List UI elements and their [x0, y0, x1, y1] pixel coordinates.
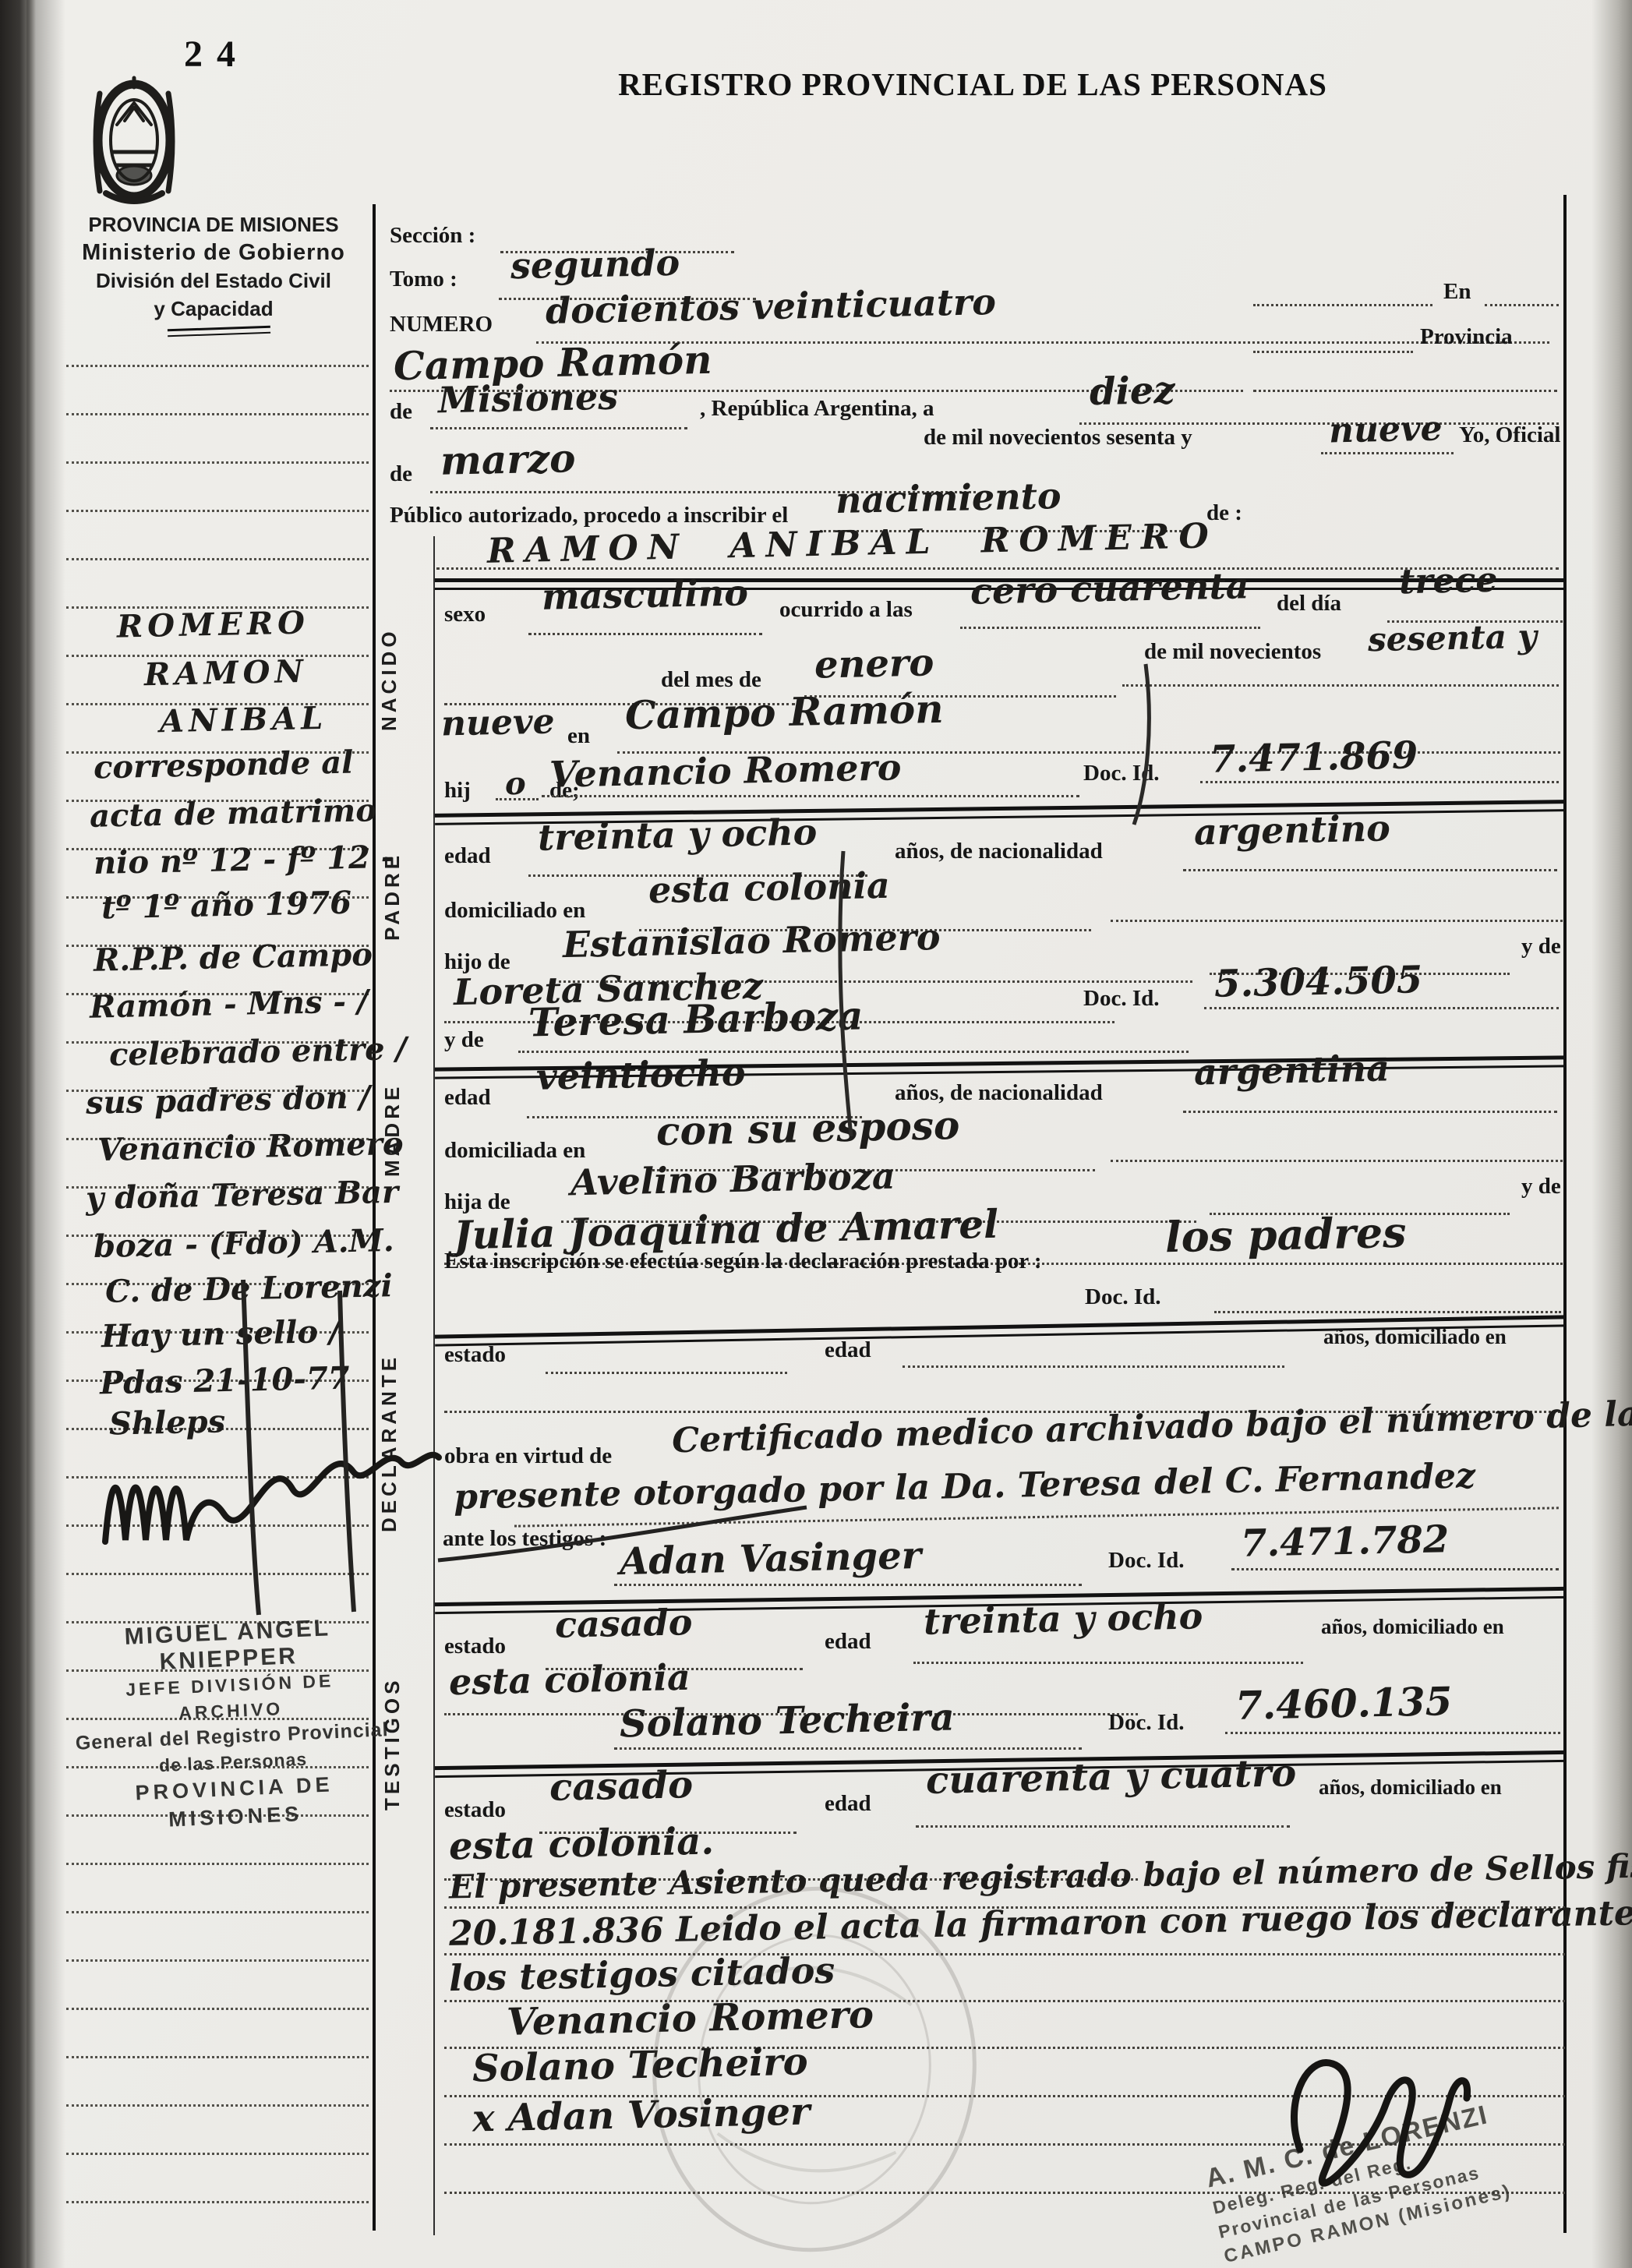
- margin-note-line: RAMON: [144, 653, 309, 693]
- sidebar-ruled-line: [66, 2008, 369, 2010]
- day-value: diez: [1089, 369, 1175, 414]
- dotted-line: [1122, 684, 1559, 687]
- dotted-line: [1183, 869, 1557, 871]
- birth-certificate-page: 24 REGISTRO PROVINCIAL DE LAS PERSONAS P…: [0, 0, 1632, 2268]
- en-lc-label: en: [567, 723, 590, 749]
- declaracion-por-value: los padres: [1164, 1207, 1407, 1262]
- margin-note-line: ANIBAL: [160, 700, 328, 740]
- madre-domicilio: con su esposo: [655, 1102, 959, 1154]
- testigo2-domicilio: esta colonia.: [448, 1819, 714, 1868]
- testigo1-estado: casado: [554, 1601, 692, 1646]
- testigo2-edad: cuarenta y cuatro: [925, 1751, 1296, 1803]
- testigo2-estado: casado: [549, 1763, 693, 1810]
- dotted-line: [903, 1365, 1284, 1368]
- margin-note-line: tº 1º año 1976: [101, 885, 352, 927]
- margin-note-line: R.P.P. de Campo: [94, 936, 373, 978]
- de-label: de: [390, 399, 412, 425]
- main-vertical-divider: [373, 204, 376, 2231]
- doc-id-label: Doc. Id.: [1108, 1548, 1184, 1574]
- seccion-label: Sección :: [390, 223, 475, 249]
- sidebar-ruled-line: [66, 558, 369, 560]
- abuelo-paterno: Estanislao Romero: [562, 916, 941, 966]
- testigo1-doc: 7.471.782: [1240, 1517, 1449, 1566]
- obra-value-1: Certificado medico archivado bajo el núm…: [672, 1394, 1632, 1461]
- dotted-line: [1485, 304, 1559, 306]
- dotted-line: [1253, 304, 1432, 306]
- sexo-label: sexo: [444, 602, 486, 627]
- anos-domiciliado-label: años, domiciliado en: [1321, 1615, 1504, 1639]
- month-value: marzo: [440, 435, 576, 484]
- margin-note-line: acta de matrimo: [90, 792, 377, 835]
- org-divider: [168, 326, 270, 337]
- registrar-stamp: A. M. C. de LORENZI Deleg. Reg. del Reg.…: [1203, 2068, 1632, 2268]
- hijo-genero-value: o: [505, 765, 527, 803]
- sidebar-ruled-line: [66, 2104, 369, 2107]
- org-block: PROVINCIA DE MISIONES Ministerio de Gobi…: [53, 210, 374, 323]
- margin-note-line: Ramón - Mns - /: [90, 983, 369, 1025]
- margin-note-line: corresponde al: [94, 744, 354, 786]
- mil-novecientos-label: de mil novecientos sesenta y: [924, 425, 1192, 450]
- dotted-line: [1204, 1007, 1559, 1009]
- margin-note-line: ROMERO: [117, 604, 310, 645]
- sidebar-ruled-line: [66, 2056, 369, 2058]
- dotted-line: [960, 627, 1260, 629]
- del-dia-label: del día: [1277, 591, 1341, 616]
- dotted-line: [1231, 1568, 1559, 1570]
- estado-label: estado: [444, 1634, 506, 1659]
- ocurrido-label: ocurrido a las: [779, 597, 913, 623]
- sidebar-ruled-line: [66, 365, 369, 367]
- dotted-line: [496, 798, 539, 800]
- doc-id-label: Doc. Id.: [1083, 986, 1159, 1012]
- en-label: En: [1443, 279, 1471, 305]
- lugar-nacimiento-value: Campo Ramón: [624, 686, 944, 739]
- padre-edad: treinta y ocho: [537, 811, 817, 858]
- edad-label: edad: [825, 1337, 871, 1363]
- form-left-rule: [433, 536, 435, 2235]
- dotted-line: [1111, 920, 1563, 922]
- estado-label: estado: [444, 1797, 506, 1823]
- dotted-line: [1111, 1160, 1563, 1162]
- provincia-label: Provincia: [1420, 324, 1513, 350]
- edad-label: edad: [825, 1629, 871, 1655]
- hij-label: hij: [444, 778, 471, 804]
- margin-note-line: Pdas 21-10-77: [100, 1360, 351, 1402]
- testigo2-doc: 7.460.135: [1235, 1678, 1453, 1729]
- ante-testigos-label: ante los testigos :: [443, 1526, 606, 1552]
- sidebar-ruled-line: [66, 413, 369, 415]
- event-value: nacimiento: [835, 475, 1062, 521]
- dotted-line: [1253, 390, 1557, 392]
- sidebar-ruled-line: [66, 461, 369, 464]
- org-line: PROVINCIA DE MISIONES: [53, 210, 374, 238]
- book-binding-shadow: [26, 0, 65, 2268]
- dotted-line: [528, 633, 762, 635]
- anos-nacionalidad-label: años, de nacionalidad: [895, 839, 1103, 864]
- page-title: REGISTRO PROVINCIAL DE LAS PERSONAS: [606, 65, 1339, 103]
- y-de-label: y de: [1521, 1174, 1561, 1199]
- dotted-line: [614, 1584, 1082, 1586]
- testigo1-domicilio: esta colonia: [448, 1656, 691, 1703]
- section-label-nacido: NACIDO: [377, 614, 401, 731]
- sidebar-ruled-line: [66, 1863, 369, 1865]
- anos-domiciliado-label: años, domiciliado en: [1319, 1775, 1502, 1800]
- provincia-misiones-crest: [96, 78, 172, 201]
- testigo2-nombre: Solano Techeira: [619, 1696, 955, 1747]
- margin-note-line: celebrado entre /: [109, 1030, 408, 1073]
- sidebar-ruled-line: [66, 2153, 369, 2155]
- margin-note-line: C. de De Lorenzi: [105, 1267, 394, 1310]
- dia-value: trece: [1398, 560, 1497, 602]
- declaracion-label: Esta inscripción se efectúa según la dec…: [444, 1249, 1042, 1274]
- anos-domiciliado-label: años, domiciliado en: [1323, 1325, 1507, 1349]
- dotted-line: [1214, 1311, 1561, 1313]
- anio2-value: nueve: [440, 701, 555, 744]
- pen-stroke: [1134, 664, 1149, 825]
- sidebar-ruled-line: [66, 1959, 369, 1962]
- mes-value: enero: [814, 641, 934, 687]
- madre-edad: veintiocho: [535, 1051, 746, 1098]
- sidebar-ruled-line: [66, 1573, 369, 1575]
- province-value: Misiones: [437, 376, 618, 422]
- obra-label: obra en virtud de: [444, 1443, 612, 1469]
- edad-label: edad: [444, 1085, 491, 1111]
- dotted-line: [430, 427, 687, 429]
- margin-note-line: Shleps: [109, 1403, 226, 1442]
- dotted-line: [1183, 1111, 1557, 1113]
- dotted-line: [518, 1051, 1189, 1053]
- republica-label: , República Argentina, a: [700, 396, 934, 422]
- dotted-line: [1321, 452, 1454, 454]
- sidebar-ruled-line: [66, 510, 369, 512]
- sexo-value: masculino: [541, 571, 748, 618]
- year-value: nueve: [1328, 408, 1443, 450]
- sidebar-ruled-line: [66, 1524, 369, 1527]
- madre-doc: 5.304.505: [1213, 958, 1422, 1006]
- tomo-label: Tomo :: [390, 267, 457, 292]
- archive-stamp: MIGUEL ANGEL KNIEPPER JEFE DIVISIÓN DE A…: [67, 1613, 395, 1838]
- hora-value: cero cuarenta: [970, 564, 1249, 612]
- numero-value: docientos veinticuatro: [545, 281, 996, 332]
- dotted-line: [542, 795, 1079, 797]
- padre-domicilio: esta colonia: [648, 864, 890, 911]
- section-label-testigos: TESTIGOS: [380, 1659, 404, 1811]
- org-line: División del Estado Civil: [53, 267, 374, 295]
- doc-id-label: Doc. Id.: [1085, 1284, 1160, 1310]
- page-number: 24: [184, 33, 249, 76]
- org-line: Ministerio de Gobierno: [53, 238, 374, 267]
- dotted-line: [614, 1747, 1082, 1750]
- margin-note-line: y doña Teresa Bar: [86, 1174, 399, 1217]
- dotted-line: [1253, 351, 1413, 353]
- testigo1-edad: treinta y ocho: [923, 1595, 1203, 1642]
- firma-testigo: Solano Techeiro: [472, 2040, 808, 2090]
- sidebar-ruled-line: [66, 1911, 369, 1913]
- yo-oficial-label: Yo, Oficial: [1459, 422, 1561, 448]
- sidebar-ruled-line: [66, 2201, 369, 2203]
- mil-label: de mil novecientos: [1144, 639, 1321, 665]
- abuelo-materno: Avelino Barboza: [570, 1155, 895, 1204]
- doc-id-label: Doc. Id.: [1083, 761, 1159, 786]
- de-label: de: [390, 461, 412, 487]
- numero-label: NUMERO: [390, 312, 493, 337]
- padre-nacionalidad: argentino: [1193, 807, 1390, 853]
- domiciliado-label: domiciliado en: [444, 898, 585, 924]
- dotted-line: [913, 1662, 1303, 1664]
- testigo1-nombre: Adan Vasinger: [619, 1534, 921, 1584]
- margin-note-line: boza - (Fdo) A.M.: [94, 1222, 395, 1265]
- section-label-madre: MADRE: [380, 1083, 404, 1177]
- section-label-declarante: DECLARANTE: [377, 1330, 401, 1532]
- domiciliada-label: domiciliada en: [444, 1138, 585, 1164]
- dotted-line: [546, 1372, 787, 1374]
- firma-declarante: Venancio Romero: [506, 1993, 874, 2044]
- edad-label: edad: [825, 1791, 871, 1817]
- y-de-label: y de: [1521, 934, 1561, 959]
- section-label-padre: PADRE: [380, 843, 404, 941]
- margin-note-line: nio nº 12 - fº 12 -: [94, 839, 394, 881]
- edad-label: edad: [444, 843, 491, 869]
- y-de-label: y de: [444, 1027, 484, 1053]
- madre-nacionalidad: argentina: [1193, 1047, 1390, 1093]
- margin-note-line: Venancio Romero: [97, 1125, 404, 1168]
- tomo-value: segundo: [510, 242, 680, 288]
- pen-stroke: [340, 1291, 354, 1612]
- padre-nombre: Venancio Romero: [549, 746, 901, 795]
- dotted-line: [916, 1825, 1290, 1828]
- margin-note-line: Hay un sello /: [101, 1313, 341, 1355]
- margin-note-line: sus padres don /: [86, 1079, 371, 1122]
- closing-line: los testigos citados: [448, 1949, 835, 1999]
- firma-testigo: x Adan Vosinger: [472, 2090, 810, 2140]
- publico-label: Público autorizado, procedo a inscribir …: [390, 503, 788, 528]
- sidebar-ruled-line: [66, 1476, 369, 1478]
- anio-hw-value: sesenta y: [1368, 617, 1538, 659]
- org-line: y Capacidad: [53, 295, 374, 323]
- dotted-line: [1200, 781, 1559, 783]
- dotted-line: [1225, 1732, 1560, 1734]
- doc-id-label: Doc. Id.: [1108, 1710, 1184, 1736]
- madre-nombre: Teresa Barboza: [528, 993, 864, 1046]
- padre-doc: 7.471.869: [1209, 733, 1418, 782]
- estado-label: estado: [444, 1342, 506, 1368]
